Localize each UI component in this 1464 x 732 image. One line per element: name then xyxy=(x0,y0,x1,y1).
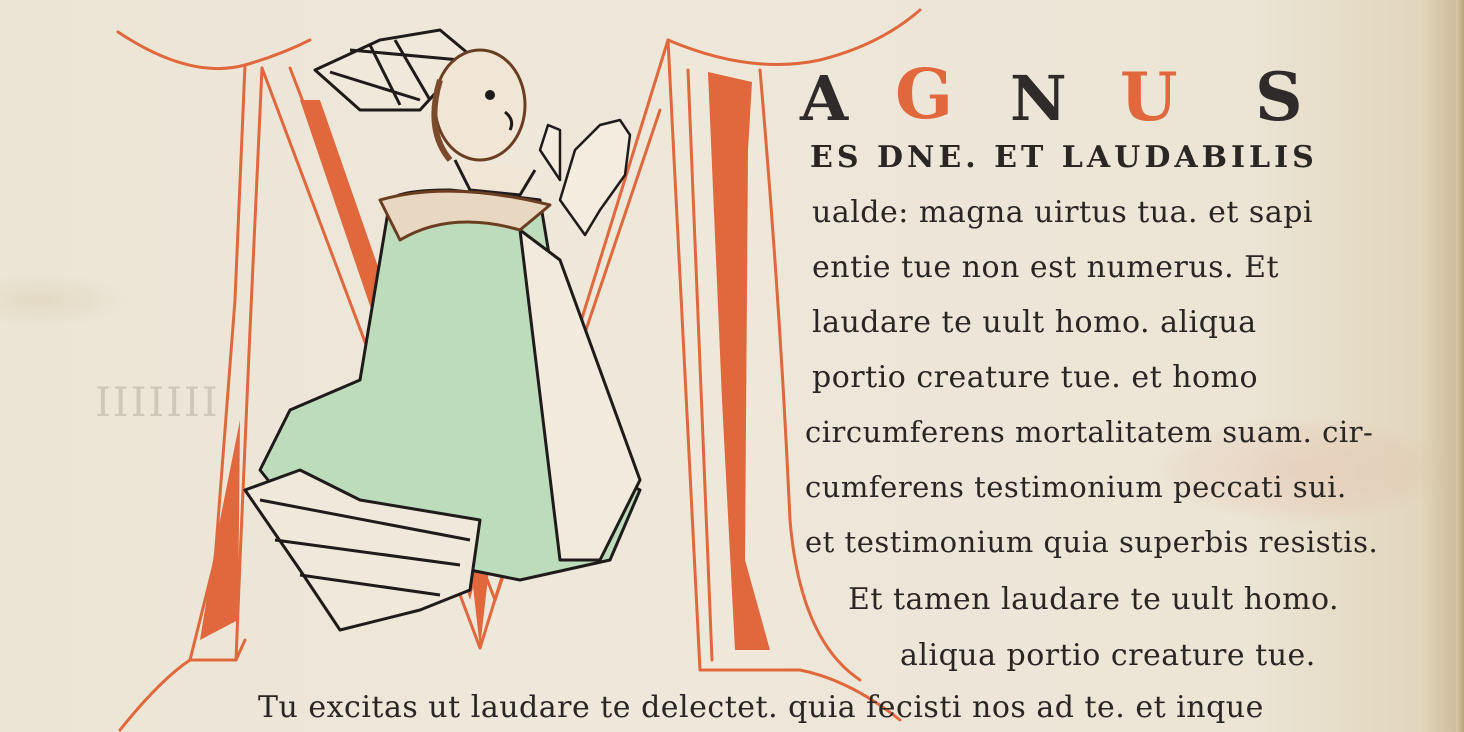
text-line-6: circumferens mortalitatem suam. cir- xyxy=(805,415,1373,449)
text-line-8: et testimonium quia superbis resistis. xyxy=(805,525,1378,559)
text-line-1: ES DNE. ET LAUDABILIS xyxy=(810,140,1318,175)
heading-letter-u: U xyxy=(1120,58,1178,136)
text-line-7: cumferens testimonium peccati sui. xyxy=(805,470,1347,504)
heading-letter-s: S xyxy=(1255,58,1303,136)
text-line-4: laudare te uult homo. aliqua xyxy=(812,305,1257,340)
text-line-9: Et tamen laudare te uult homo. xyxy=(848,582,1339,617)
heading-letter-n: N xyxy=(1010,62,1067,135)
text-line-5: portio creature tue. et homo xyxy=(812,360,1258,395)
text-line-11: Tu excitas ut laudare te delectet. quia … xyxy=(258,690,1264,725)
text-line-10: aliqua portio creature tue. xyxy=(900,638,1316,673)
heading-letter-a: A xyxy=(800,62,848,135)
heading-letter-g: G xyxy=(895,55,953,135)
text-line-3: entie tue non est numerus. Et xyxy=(812,250,1279,285)
manuscript-text: A G N U S ES DNE. ET LAUDABILIS ualde: m… xyxy=(0,0,1464,732)
text-line-2: ualde: magna uirtus tua. et sapi xyxy=(812,195,1313,230)
